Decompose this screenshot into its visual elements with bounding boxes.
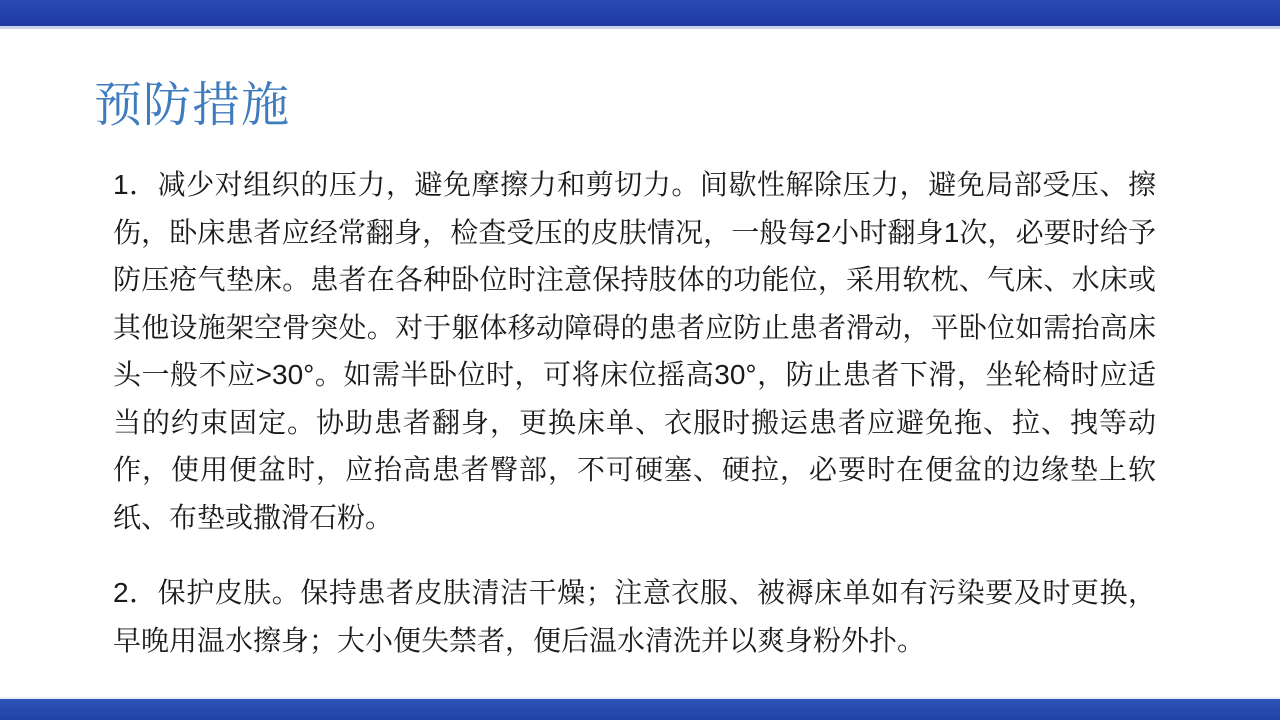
bottom-accent-bar <box>0 697 1280 720</box>
slide-body: 1．减少对组织的压力，避免摩擦力和剪切力。间歇性解除压力，避免局部受压、擦伤，卧… <box>113 161 1156 664</box>
body-paragraph-1: 1．减少对组织的压力，避免摩擦力和剪切力。间歇性解除压力，避免局部受压、擦伤，卧… <box>113 161 1156 541</box>
body-paragraph-2: 2．保护皮肤。保持患者皮肤清洁干燥；注意衣服、被褥床单如有污染要及时更换，早晚用… <box>113 569 1156 664</box>
top-accent-bar <box>0 0 1280 29</box>
presentation-slide: 预防措施 1．减少对组织的压力，避免摩擦力和剪切力。间歇性解除压力，避免局部受压… <box>0 0 1280 720</box>
slide-title: 预防措施 <box>94 80 290 133</box>
